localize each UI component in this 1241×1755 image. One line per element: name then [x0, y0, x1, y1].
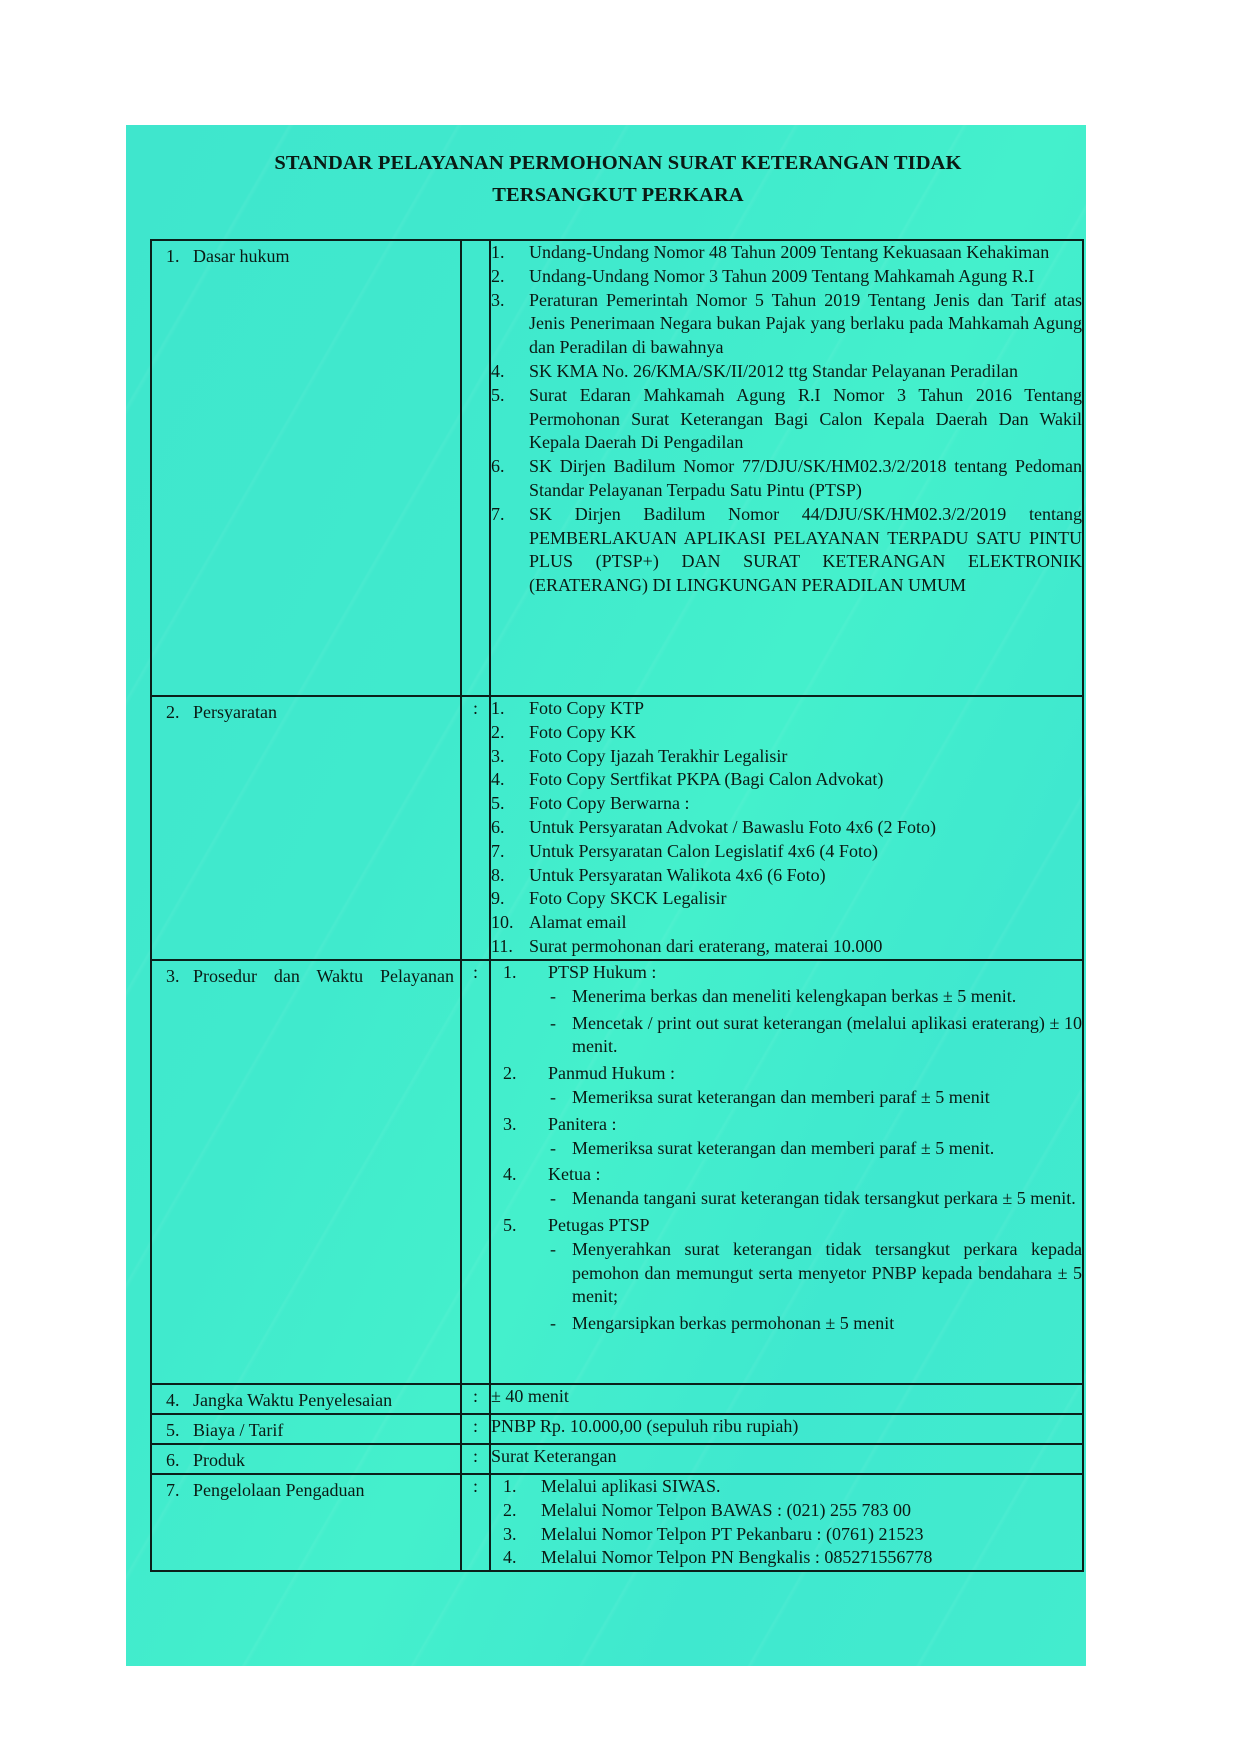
- list-item: 7.Untuk Persyaratan Calon Legislatif 4x6…: [491, 840, 1082, 864]
- list-item: 4.Foto Copy Sertfikat PKPA (Bagi Calon A…: [491, 768, 1082, 792]
- list-item: 6.Untuk Persyaratan Advokat / Bawaslu Fo…: [491, 816, 1082, 840]
- item-number: 1.: [491, 697, 529, 721]
- procedure-substep: -Mengarsipkan berkas permohonan ± 5 meni…: [491, 1312, 1082, 1336]
- dash-bullet: -: [548, 1012, 572, 1060]
- colon-cell: :: [461, 1444, 490, 1474]
- row-label: 5. Biaya / Tarif: [152, 1415, 460, 1443]
- row-label: 4. Jangka Waktu Penyelesaian: [152, 1385, 460, 1413]
- list-item: 7.SK Dirjen Badilum Nomor 44/DJU/SK/HM02…: [491, 503, 1082, 598]
- item-text: Foto Copy Berwarna :: [529, 792, 1082, 816]
- item-text: Untuk Persyaratan Walikota 4x6 (6 Foto): [529, 864, 1082, 888]
- item-number: 2.: [491, 721, 529, 745]
- dash-bullet: -: [548, 1312, 572, 1336]
- procedure-substep: -Menerima berkas dan meneliti kelengkapa…: [491, 985, 1082, 1009]
- substep-text: Mengarsipkan berkas permohonan ± 5 menit: [572, 1312, 1082, 1336]
- colon-cell: :: [461, 960, 490, 1384]
- procedure-substep: -Menanda tangani surat keterangan tidak …: [491, 1187, 1082, 1211]
- procedure-substep: -Menyerahkan surat keterangan tidak ters…: [491, 1238, 1082, 1309]
- item-number: 3.: [491, 289, 529, 360]
- list-item: 2.Undang-Undang Nomor 3 Tahun 2009 Tenta…: [491, 265, 1082, 289]
- step-title: PTSP Hukum :: [548, 961, 656, 985]
- list-item: 5.Surat Edaran Mahkamah Agung R.I Nomor …: [491, 384, 1082, 455]
- item-number: 7.: [491, 503, 529, 598]
- row-label: 1. Dasar hukum: [152, 241, 460, 269]
- item-text: Foto Copy Ijazah Terakhir Legalisir: [529, 745, 1082, 769]
- completion-time-value: ± 40 menit: [490, 1384, 1083, 1414]
- table-row-product: 6. Produk : Surat Keterangan: [151, 1444, 1083, 1474]
- step-number: 5.: [491, 1214, 548, 1238]
- procedure-steps: 1.PTSP Hukum :-Menerima berkas dan menel…: [491, 961, 1082, 1336]
- list-item: 3.Melalui Nomor Telpon PT Pekanbaru : (0…: [491, 1523, 1082, 1547]
- colon-cell: :: [461, 696, 490, 960]
- complaint-channels-list: 1.Melalui aplikasi SIWAS.2.Melalui Nomor…: [491, 1475, 1082, 1570]
- legal-basis-list: 1.Undang-Undang Nomor 48 Tahun 2009 Tent…: [491, 241, 1082, 598]
- procedure-substep: -Memeriksa surat keterangan dan memberi …: [491, 1086, 1082, 1110]
- item-number: 2.: [491, 1499, 541, 1523]
- step-number: 3.: [491, 1113, 548, 1137]
- item-number: 11.: [491, 935, 529, 959]
- procedure-substep: -Mencetak / print out surat keterangan (…: [491, 1012, 1082, 1060]
- step-title: Panmud Hukum :: [548, 1062, 675, 1086]
- dash-bullet: -: [548, 1238, 572, 1309]
- item-number: 4.: [491, 768, 529, 792]
- step-title: Petugas PTSP: [548, 1214, 650, 1238]
- item-number: 3.: [491, 745, 529, 769]
- colon-cell: [461, 240, 490, 696]
- list-item: 2.Foto Copy KK: [491, 721, 1082, 745]
- list-item: 2.Melalui Nomor Telpon BAWAS : (021) 255…: [491, 1499, 1082, 1523]
- item-number: 10.: [491, 911, 529, 935]
- item-text: Foto Copy KK: [529, 721, 1082, 745]
- step-number: 2.: [491, 1062, 548, 1086]
- row-label: 7. Pengelolaan Pengaduan: [152, 1475, 460, 1503]
- step-title: Ketua :: [548, 1163, 600, 1187]
- item-text: Untuk Persyaratan Calon Legislatif 4x6 (…: [529, 840, 1082, 864]
- item-number: 7.: [491, 840, 529, 864]
- item-text: Untuk Persyaratan Advokat / Bawaslu Foto…: [529, 816, 1082, 840]
- item-text: Foto Copy SKCK Legalisir: [529, 887, 1082, 911]
- item-number: 6.: [491, 816, 529, 840]
- colon-cell: :: [461, 1414, 490, 1444]
- dash-bullet: -: [548, 1187, 572, 1211]
- procedure-step: 3.Panitera :: [491, 1113, 1082, 1137]
- item-text: Foto Copy Sertfikat PKPA (Bagi Calon Adv…: [529, 768, 1082, 792]
- item-text: Melalui Nomor Telpon PT Pekanbaru : (076…: [541, 1523, 1082, 1547]
- colon-cell: :: [461, 1384, 490, 1414]
- dash-bullet: -: [548, 1086, 572, 1110]
- substep-text: Menanda tangani surat keterangan tidak t…: [572, 1187, 1082, 1211]
- substep-text: Mencetak / print out surat keterangan (m…: [572, 1012, 1082, 1060]
- procedure-step: 4.Ketua :: [491, 1163, 1082, 1187]
- substep-text: Menerima berkas dan meneliti kelengkapan…: [572, 985, 1082, 1009]
- item-number: 9.: [491, 887, 529, 911]
- item-number: 8.: [491, 864, 529, 888]
- item-text: Surat permohonan dari eraterang, materai…: [529, 935, 1082, 959]
- item-number: 5.: [491, 384, 529, 455]
- fee-value: PNBP Rp. 10.000,00 (sepuluh ribu rupiah): [490, 1414, 1083, 1444]
- list-item: 3.Foto Copy Ijazah Terakhir Legalisir: [491, 745, 1082, 769]
- substep-text: Memeriksa surat keterangan dan memberi p…: [572, 1137, 1082, 1161]
- list-item: 11.Surat permohonan dari eraterang, mate…: [491, 935, 1082, 959]
- item-number: 4.: [491, 1546, 541, 1570]
- item-text: SK Dirjen Badilum Nomor 77/DJU/SK/HM02.3…: [529, 455, 1082, 503]
- list-item: 3.Peraturan Pemerintah Nomor 5 Tahun 201…: [491, 289, 1082, 360]
- list-item: 5.Foto Copy Berwarna :: [491, 792, 1082, 816]
- colon-cell: :: [461, 1474, 490, 1571]
- list-item: 9.Foto Copy SKCK Legalisir: [491, 887, 1082, 911]
- item-number: 6.: [491, 455, 529, 503]
- row-label: 3. Prosedur dan Waktu Pelayanan: [152, 961, 460, 989]
- item-number: 2.: [491, 265, 529, 289]
- title-line-2: TERSANGKUT PERKARA: [126, 179, 1086, 211]
- list-item: 4.SK KMA No. 26/KMA/SK/II/2012 ttg Stand…: [491, 360, 1082, 384]
- item-text: SK KMA No. 26/KMA/SK/II/2012 ttg Standar…: [529, 360, 1082, 384]
- list-item: 1.Undang-Undang Nomor 48 Tahun 2009 Tent…: [491, 241, 1082, 265]
- item-text: Surat Edaran Mahkamah Agung R.I Nomor 3 …: [529, 384, 1082, 455]
- list-item: 8.Untuk Persyaratan Walikota 4x6 (6 Foto…: [491, 864, 1082, 888]
- table-row-completion-time: 4. Jangka Waktu Penyelesaian : ± 40 meni…: [151, 1384, 1083, 1414]
- item-number: 5.: [491, 792, 529, 816]
- procedure-substep: -Memeriksa surat keterangan dan memberi …: [491, 1137, 1082, 1161]
- item-text: Undang-Undang Nomor 3 Tahun 2009 Tentang…: [529, 265, 1082, 289]
- item-text: Alamat email: [529, 911, 1082, 935]
- list-item: 1.Melalui aplikasi SIWAS.: [491, 1475, 1082, 1499]
- step-number: 4.: [491, 1163, 548, 1187]
- step-number: 1.: [491, 961, 548, 985]
- procedure-step: 1.PTSP Hukum :: [491, 961, 1082, 985]
- list-item: 10.Alamat email: [491, 911, 1082, 935]
- list-item: 1.Foto Copy KTP: [491, 697, 1082, 721]
- item-number: 1.: [491, 241, 529, 265]
- item-number: 4.: [491, 360, 529, 384]
- title-line-1: STANDAR PELAYANAN PERMOHONAN SURAT KETER…: [126, 147, 1086, 179]
- item-text: Melalui aplikasi SIWAS.: [541, 1475, 1082, 1499]
- list-item: 6.SK Dirjen Badilum Nomor 77/DJU/SK/HM02…: [491, 455, 1082, 503]
- procedure-step: 2.Panmud Hukum :: [491, 1062, 1082, 1086]
- list-item: 4.Melalui Nomor Telpon PN Bengkalis : 08…: [491, 1546, 1082, 1570]
- step-title: Panitera :: [548, 1113, 616, 1137]
- table-row-fee: 5. Biaya / Tarif : PNBP Rp. 10.000,00 (s…: [151, 1414, 1083, 1444]
- item-number: 1.: [491, 1475, 541, 1499]
- row-label: 6. Produk: [152, 1445, 460, 1473]
- table-row-legal-basis: 1. Dasar hukum 1.Undang-Undang Nomor 48 …: [151, 240, 1083, 696]
- dash-bullet: -: [548, 1137, 572, 1161]
- table-row-complaints: 7. Pengelolaan Pengaduan : 1.Melalui apl…: [151, 1474, 1083, 1571]
- item-number: 3.: [491, 1523, 541, 1547]
- requirements-list: 1.Foto Copy KTP2.Foto Copy KK3.Foto Copy…: [491, 697, 1082, 959]
- item-text: SK Dirjen Badilum Nomor 44/DJU/SK/HM02.3…: [529, 503, 1082, 598]
- table-row-requirements: 2. Persyaratan : 1.Foto Copy KTP2.Foto C…: [151, 696, 1083, 960]
- substep-text: Menyerahkan surat keterangan tidak tersa…: [572, 1238, 1082, 1309]
- item-text: Peraturan Pemerintah Nomor 5 Tahun 2019 …: [529, 289, 1082, 360]
- row-label: 2. Persyaratan: [152, 697, 460, 725]
- item-text: Melalui Nomor Telpon BAWAS : (021) 255 7…: [541, 1499, 1082, 1523]
- substep-text: Memeriksa surat keterangan dan memberi p…: [572, 1086, 1082, 1110]
- procedure-step: 5.Petugas PTSP: [491, 1214, 1082, 1238]
- item-text: Melalui Nomor Telpon PN Bengkalis : 0852…: [541, 1546, 1082, 1570]
- item-text: Foto Copy KTP: [529, 697, 1082, 721]
- dash-bullet: -: [548, 985, 572, 1009]
- service-standard-table: 1. Dasar hukum 1.Undang-Undang Nomor 48 …: [150, 239, 1084, 1572]
- document-title: STANDAR PELAYANAN PERMOHONAN SURAT KETER…: [126, 147, 1086, 211]
- table-row-procedure: 3. Prosedur dan Waktu Pelayanan : 1.PTSP…: [151, 960, 1083, 1384]
- item-text: Undang-Undang Nomor 48 Tahun 2009 Tentan…: [529, 241, 1082, 265]
- product-value: Surat Keterangan: [490, 1444, 1083, 1474]
